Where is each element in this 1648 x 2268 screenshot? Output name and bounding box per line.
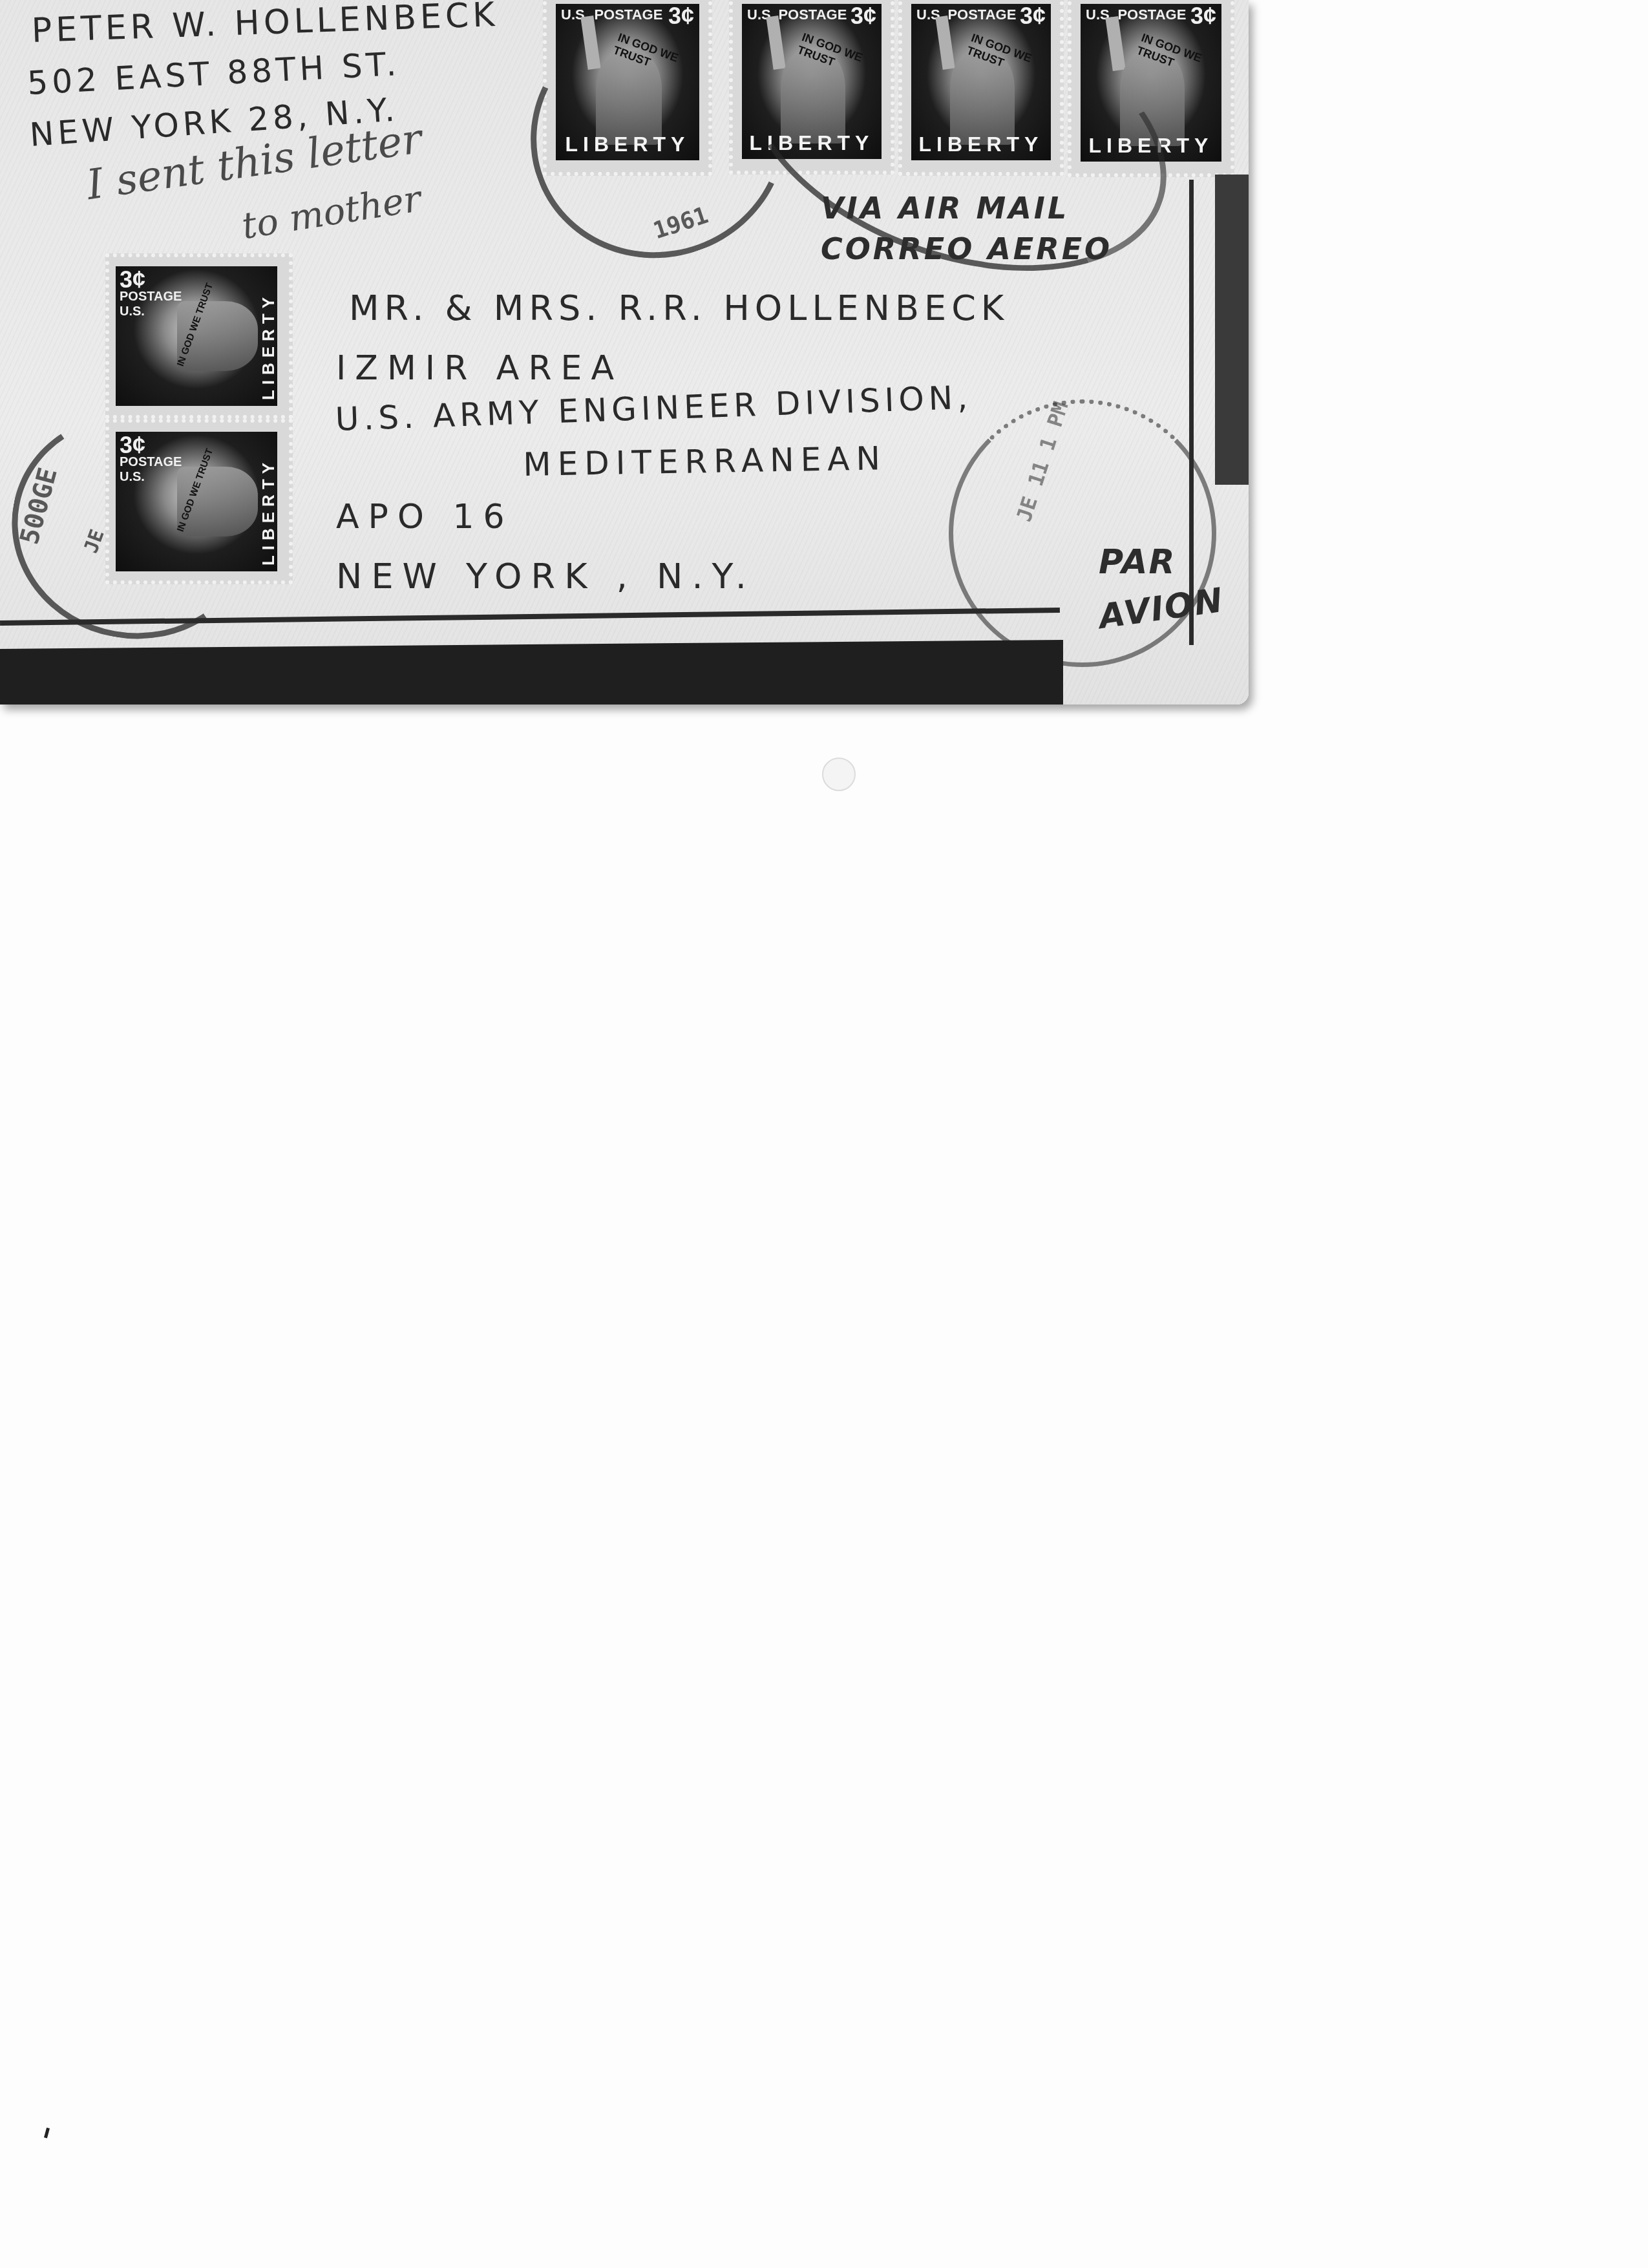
stamp-type: POSTAGE	[1117, 6, 1186, 23]
recipient-name: Mr. & Mrs. R.R. Hollenbeck	[349, 288, 1009, 328]
recipient-region: Mediterranean	[523, 440, 887, 483]
stamp-caption: LIBERTY	[259, 458, 277, 566]
stamp-caption: LIBERTY	[259, 292, 277, 400]
recipient-apo: APO 16	[336, 498, 514, 536]
scan-hole-mark	[822, 758, 856, 791]
postage-stamp: 3¢ POSTAGE U.S. IN GOD WE TRUST LIBERTY	[105, 253, 293, 419]
correo-aereo-label: CORREO AEREO	[821, 231, 1112, 266]
return-address-name: Peter W. Hollenbeck	[31, 0, 499, 50]
envelope: Peter W. Hollenbeck 502 East 88th St. Ne…	[0, 0, 1249, 705]
return-address-street: 502 East 88th St.	[26, 45, 401, 102]
border-band-bottom	[0, 640, 1063, 705]
scan-speck	[44, 2128, 50, 2139]
postmark-right	[949, 399, 1216, 667]
recipient-city: New York , N.Y.	[336, 556, 755, 597]
par-avion-label-line1: PAR	[1099, 543, 1176, 582]
stamp-country: U.S.	[120, 304, 145, 319]
border-band-right	[1215, 175, 1249, 485]
handwritten-note-line2: to mother	[239, 178, 424, 248]
stamp-type: POSTAGE	[120, 290, 182, 304]
recipient-area: Izmir Area	[336, 349, 623, 388]
via-air-mail-label: VIA AIR MAIL	[821, 191, 1069, 226]
border-line-right	[1189, 180, 1194, 645]
stamp-value: 3¢	[120, 270, 145, 290]
stamp-value: 3¢	[1190, 6, 1216, 26]
